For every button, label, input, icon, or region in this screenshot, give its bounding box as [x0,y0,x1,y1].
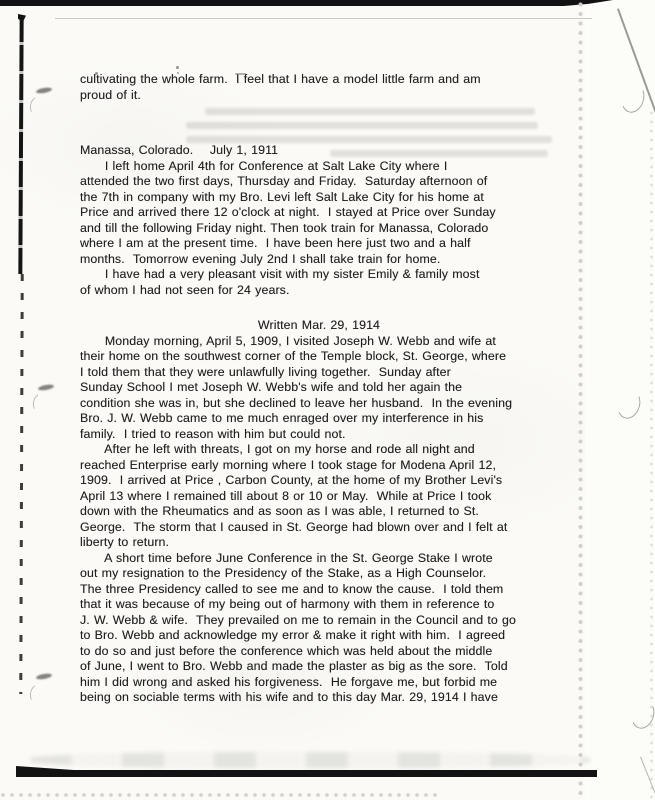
bottom-shadow-smudge [30,752,590,768]
hole-punch-arc-icon [31,391,51,414]
scanned-document-page: cultivating the whole farm. I feel that … [0,0,655,800]
text-line: being on sociable terms with his wife an… [80,690,558,706]
text-line: Sunday School I met Joseph W. Webb's wif… [80,380,558,396]
text-line: After he left with threats, I got on my … [80,442,558,458]
hole-punch-smudge-icon [36,673,53,681]
typewritten-text-column: cultivating the whole farm. I feel that … [80,72,558,706]
text-line: Monday morning, April 5, 1909, I visited… [80,334,558,350]
left-page-edge-line-upper [18,16,23,274]
text-line: the 7th in company with my Bro. Levi lef… [80,190,558,206]
text-line: liberty to return. [80,535,558,551]
text-line: to Bro. Webb and acknowledge my error & … [80,628,558,644]
scanner-bottom-edge-bar [16,770,597,777]
text-line: proud of it. [80,88,558,104]
paragraph-conference-trip: I left home April 4th for Conference at … [80,159,558,268]
text-line: family. I tried to reason with him but c… [80,427,558,443]
text-line: George. The storm that I caused in St. G… [80,520,558,536]
text-line: J. W. Webb & wife. They prevailed on me … [80,613,558,629]
text-line: I told them that they were unlawfully li… [80,365,558,381]
text-line: and till the following Friday night. The… [80,221,558,237]
text-line: reached Enterprise early morning where I… [80,458,558,474]
text-line: that it was because of my being out of h… [80,597,558,613]
hole-punch-arc-icon [28,94,48,117]
text-line: of June, I went to Bro. Webb and made th… [80,659,558,675]
scanner-top-edge-bar [0,0,613,6]
paragraph-enterprise-journey: After he left with threats, I got on my … [80,442,558,551]
text-line: down with the Rheumatics and as soon as … [80,504,558,520]
hole-punch-smudge-icon [38,384,55,392]
ink-speck [176,66,179,69]
paragraph-resignation: A short time before June Conference in t… [80,551,558,706]
text-line: their home on the southwest corner of th… [80,349,558,365]
paragraph-fragment-top: cultivating the whole farm. I feel that … [80,72,558,103]
text-line: Bro. J. W. Webb came to me much enraged … [80,411,558,427]
text-line: cultivating the whole farm. I feel that … [80,72,558,88]
text-line: months. Tomorrow evening July 2nd I shal… [80,252,558,268]
text-line: I left home April 4th for Conference at … [80,159,558,175]
hole-punch-arc-icon [28,682,48,705]
text-line: him I did wrong and asked his forgivenes… [80,675,558,691]
text-line: attended the two first days, Thursday an… [80,174,558,190]
text-line: where I am at the present time. I have b… [80,236,558,252]
text-line: of whom I had not seen for 24 years. [80,283,558,299]
perforation-strip-secondary [649,110,654,800]
text-line: Price and arrived there 12 o'clock at ni… [80,205,558,221]
paragraph-webb-visit: Monday morning, April 5, 1909, I visited… [80,334,558,443]
left-page-edge-line-lower [19,274,23,694]
hole-punch-smudge-icon [36,87,53,95]
text-line: to do so and just before the conference … [80,644,558,660]
perforation-strip [576,0,585,800]
text-line: April 13 where I remained till about 8 o… [80,489,558,505]
text-line: condition she was in, but she declined t… [80,396,558,412]
text-line: A short time before June Conference in t… [80,551,558,567]
text-line: I have had a very pleasant visit with my… [80,267,558,283]
text-line: 1909. I arrived at Price , Carbon County… [80,473,558,489]
bottom-perforation-row [0,791,440,799]
page-top-crease-line [55,18,592,19]
paragraph-visit-emily: I have had a very pleasant visit with my… [80,267,558,298]
text-line: The three Presidency called to see me an… [80,582,558,598]
heading-written-date: Written Mar. 29, 1914 [80,318,558,334]
heading-manassa-date: Manassa, Colorado. July 1, 1911 [80,143,558,159]
text-line: out my resignation to the Presidency of … [80,566,558,582]
